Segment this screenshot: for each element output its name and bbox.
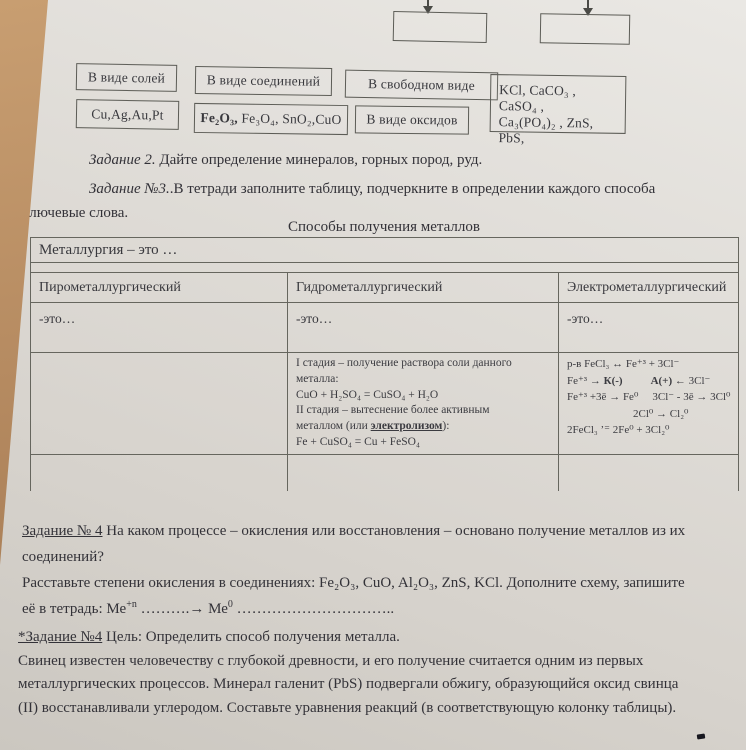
electro-empty-cell xyxy=(559,455,739,491)
methods-table: Металлургия – это … Пирометаллургический… xyxy=(30,237,739,491)
task4star-intro: Цель: Определить способ получения металл… xyxy=(102,629,400,645)
task4star-paragraph: *Задание №4 Цель: Определить способ полу… xyxy=(18,626,740,720)
task2-label: Задание 2. xyxy=(89,152,156,168)
photographed-worksheet: В виде солей Cu,Ag,Au,Pt В виде соединен… xyxy=(0,0,746,750)
electro-line5: 2FeCl₃ ʼ⁼ 2Fe⁰ + 3Cl₂⁰ xyxy=(567,422,730,439)
task4-label: Задание № 4 xyxy=(22,523,103,539)
hydro-empty-cell xyxy=(288,455,559,491)
task3-paragraph: Задание №3..В тетради заполните таблицу,… xyxy=(22,177,738,201)
scheme-box-salts: В виде солей xyxy=(76,63,177,92)
scheme-box-compounds: В виде соединений xyxy=(195,66,332,96)
hydro-line2: металла: xyxy=(296,372,550,388)
scheme-box-free-form: В свободном виде xyxy=(345,70,498,101)
pyro-definition-cell: -это… xyxy=(31,303,288,353)
scheme-box-oxides-label: В виде оксидов xyxy=(366,112,457,129)
task4-line2: соединений? xyxy=(22,544,736,570)
table-row: Металлургия – это … xyxy=(31,238,739,263)
task3-label: Задание №3. xyxy=(89,181,170,197)
hydro-line4: II стадия – вытеснение более активным xyxy=(296,403,550,419)
scheme-box-salts-label: В виде солей xyxy=(88,69,165,86)
task3-text: .В тетради заполните таблицу, подчеркнит… xyxy=(170,181,656,197)
electro-content-cell: р-в FeCl₃ ↔ Fe⁺³ + 3Cl⁻ Fe⁺³ → К(-)А(+) … xyxy=(559,353,739,455)
spacer-cell xyxy=(31,263,739,273)
hydro-line1: I стадия – получение раствора соли данно… xyxy=(296,356,550,372)
anode-label: А(+) xyxy=(651,375,673,387)
salt-formulas-line2: Ca₃(PO₄)₂ , ZnS, PbS, xyxy=(498,114,616,148)
task4star-line2: Свинец известен человечеству с глубокой … xyxy=(18,650,740,674)
me-plus-n-superscript: +n xyxy=(126,599,137,610)
hydro-definition-cell: -это… xyxy=(288,303,559,353)
task4star-label: *Задание №4 xyxy=(18,629,102,645)
electro-definition-cell: -это… xyxy=(559,303,739,353)
task4-line4: её в тетрадь: Ме+n ……….→ Ме0 ………………………….… xyxy=(22,596,736,622)
photo-artifact-mark xyxy=(697,733,706,739)
task2-paragraph: Задание 2. Дайте определение минералов, … xyxy=(22,148,734,172)
header-electrometallurgical: Электрометаллургический xyxy=(559,273,739,303)
empty-scheme-box-1 xyxy=(393,11,488,43)
empty-scheme-box-2 xyxy=(540,13,631,45)
task4-paragraph: Задание № 4 На каком процессе – окислени… xyxy=(22,518,736,622)
table-row xyxy=(31,455,739,491)
table-row: -это… -это… -это… xyxy=(31,303,739,353)
oxide-formula-rest: Fe₃O₄, SnO₂,CuO xyxy=(238,111,342,127)
hydro-content-cell: I стадия – получение раствора соли данно… xyxy=(288,353,559,455)
table-row xyxy=(31,263,739,273)
pyro-content-cell xyxy=(31,353,288,455)
header-hydrometallurgical: Гидрометаллургический xyxy=(288,273,559,303)
salt-formulas-line1: KCl, CaCO₃ , CaSO₄ , xyxy=(499,82,617,116)
scheme-box-free-form-label: В свободном виде xyxy=(368,76,475,94)
task4star-line1: *Задание №4 Цель: Определить способ полу… xyxy=(18,626,740,650)
electro-line3: Fe⁺³ +3ē → Fe⁰3Cl⁻ - 3ē → 3Cl⁰ xyxy=(567,389,730,406)
electro-line1: р-в FeCl₃ ↔ Fe⁺³ + 3Cl⁻ xyxy=(567,356,730,373)
task2-text: Дайте определение минералов, горных поро… xyxy=(156,152,483,168)
cathode-label: К(-) xyxy=(604,375,623,387)
task4star-line3: металлургических процессов. Минерал гале… xyxy=(18,673,740,697)
pyro-empty-cell xyxy=(31,455,288,491)
worksheet-page: В виде солей Cu,Ag,Au,Pt В виде соединен… xyxy=(0,0,746,750)
hydro-line5: металлом (или электролизом): xyxy=(296,419,550,435)
oxide-formula-bold: Fe₂O₃, xyxy=(200,110,238,126)
electrolysis-term: электролизом xyxy=(371,420,443,432)
table-title: Способы получения металлов xyxy=(30,219,738,236)
scheme-box-compounds-label: В виде соединений xyxy=(207,72,321,90)
scheme-box-free-metals-label: Cu,Ag,Au,Pt xyxy=(91,106,164,123)
electro-line4: 2Cl⁰ → Cl₂⁰ xyxy=(567,406,730,423)
metallurgy-definition-cell: Металлургия – это … xyxy=(31,238,739,263)
scheme-box-oxides: В виде оксидов xyxy=(355,105,469,134)
table-row: I стадия – получение раствора соли данно… xyxy=(31,353,739,455)
scheme-box-free-metals: Cu,Ag,Au,Pt xyxy=(76,99,179,130)
hydro-line3: CuO + H₂SO₄ = CuSO₄ + H₂O xyxy=(296,388,550,404)
scheme-box-oxide-formulas: Fe₂O₃, Fe₃O₄, SnO₂,CuO xyxy=(194,103,348,135)
task4-intro: На каком процессе – окисления или восста… xyxy=(103,523,686,539)
task4-line3: Расставьте степени окисления в соединени… xyxy=(22,570,736,596)
scheme-box-salt-formulas: KCl, CaCO₃ , CaSO₄ , Ca₃(PO₄)₂ , ZnS, Pb… xyxy=(490,74,627,134)
electro-line2: Fe⁺³ → К(-)А(+) ← 3Cl⁻ xyxy=(567,373,730,390)
task4-line1: Задание № 4 На каком процессе – окислени… xyxy=(22,518,736,544)
table-header-row: Пирометаллургический Гидрометаллургическ… xyxy=(31,273,739,303)
hydro-line6: Fe + CuSO₄ = Cu + FeSO₄ xyxy=(296,435,550,451)
task4star-line4: (II) восстанавливали углеродом. Составьт… xyxy=(18,697,740,721)
header-pyrometallurgical: Пирометаллургический xyxy=(31,273,288,303)
